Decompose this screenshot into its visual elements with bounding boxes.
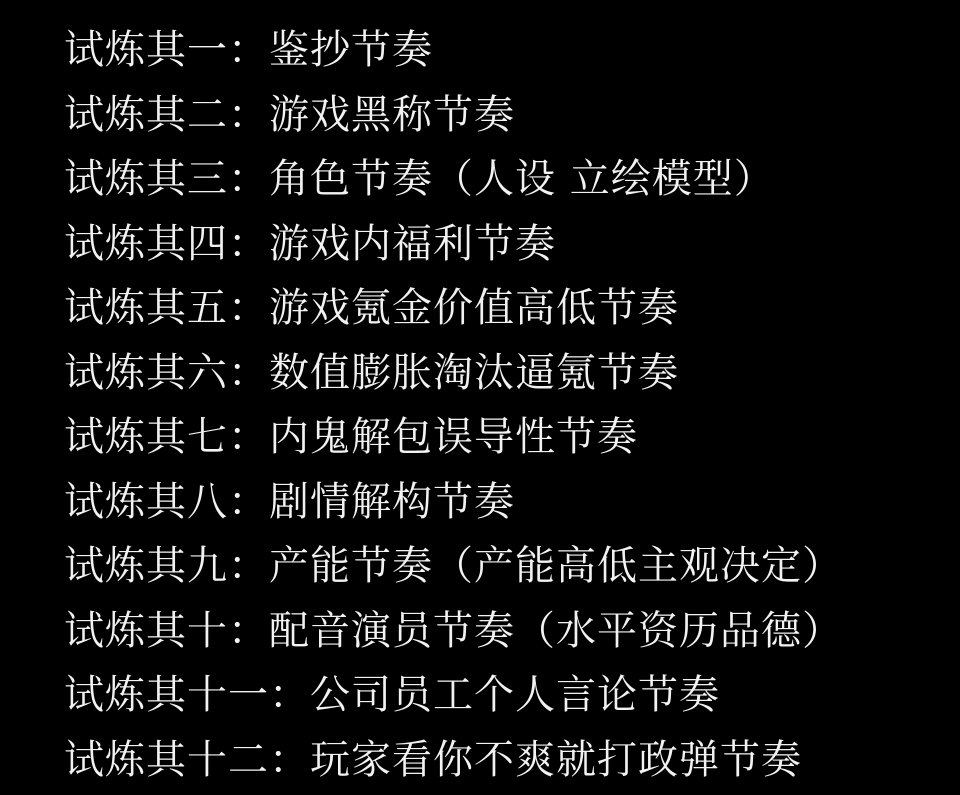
trial-label: 试炼其一： (64, 30, 269, 70)
list-item-trial-1: 试炼其一：鉴抄节奏 (64, 18, 843, 83)
list-item-trial-11: 试炼其十一：公司员工个人言论节奏 (64, 663, 843, 728)
list-item-trial-10: 试炼其十：配音演员节奏（水平资历品德） (64, 599, 843, 664)
trial-content: 内鬼解包误导性节奏 (269, 417, 638, 457)
trial-content: 数值膨胀淘汰逼氪节奏 (269, 353, 679, 393)
trial-content: 游戏黑称节奏 (269, 95, 515, 135)
list-item-trial-8: 试炼其八：剧情解构节奏 (64, 470, 843, 535)
trial-label: 试炼其四： (64, 224, 269, 264)
list-item-trial-5: 试炼其五：游戏氪金价值高低节奏 (64, 276, 843, 341)
list-item-trial-9: 试炼其九：产能节奏（产能高低主观决定） (64, 534, 843, 599)
list-item-trial-7: 试炼其七：内鬼解包误导性节奏 (64, 405, 843, 470)
list-item-trial-4: 试炼其四：游戏内福利节奏 (64, 212, 843, 277)
trial-content: 鉴抄节奏 (269, 30, 433, 70)
trial-content: 产能节奏（产能高低主观决定） (269, 546, 843, 586)
trial-label: 试炼其十二： (64, 740, 310, 780)
trial-content: 玩家看你不爽就打政弹节奏 (310, 740, 802, 780)
trial-label: 试炼其八： (64, 482, 269, 522)
trial-list: 试炼其一：鉴抄节奏 试炼其二：游戏黑称节奏 试炼其三：角色节奏（人设 立绘模型）… (64, 18, 843, 792)
list-item-trial-6: 试炼其六：数值膨胀淘汰逼氪节奏 (64, 341, 843, 406)
trial-content: 剧情解构节奏 (269, 482, 515, 522)
trial-label: 试炼其二： (64, 95, 269, 135)
list-item-trial-2: 试炼其二：游戏黑称节奏 (64, 83, 843, 148)
trial-label: 试炼其十一： (64, 675, 310, 715)
trial-label: 试炼其三： (64, 159, 269, 199)
trial-label: 试炼其九： (64, 546, 269, 586)
list-item-trial-12: 试炼其十二：玩家看你不爽就打政弹节奏 (64, 728, 843, 793)
trial-label: 试炼其五： (64, 288, 269, 328)
trial-label: 试炼其七： (64, 417, 269, 457)
trial-content: 角色节奏（人设 立绘模型） (269, 159, 775, 199)
trial-content: 游戏内福利节奏 (269, 224, 556, 264)
trial-label: 试炼其六： (64, 353, 269, 393)
trial-label: 试炼其十： (64, 611, 269, 651)
trial-content: 游戏氪金价值高低节奏 (269, 288, 679, 328)
trial-content: 配音演员节奏（水平资历品德） (269, 611, 843, 651)
list-item-trial-3: 试炼其三：角色节奏（人设 立绘模型） (64, 147, 843, 212)
trial-content: 公司员工个人言论节奏 (310, 675, 720, 715)
